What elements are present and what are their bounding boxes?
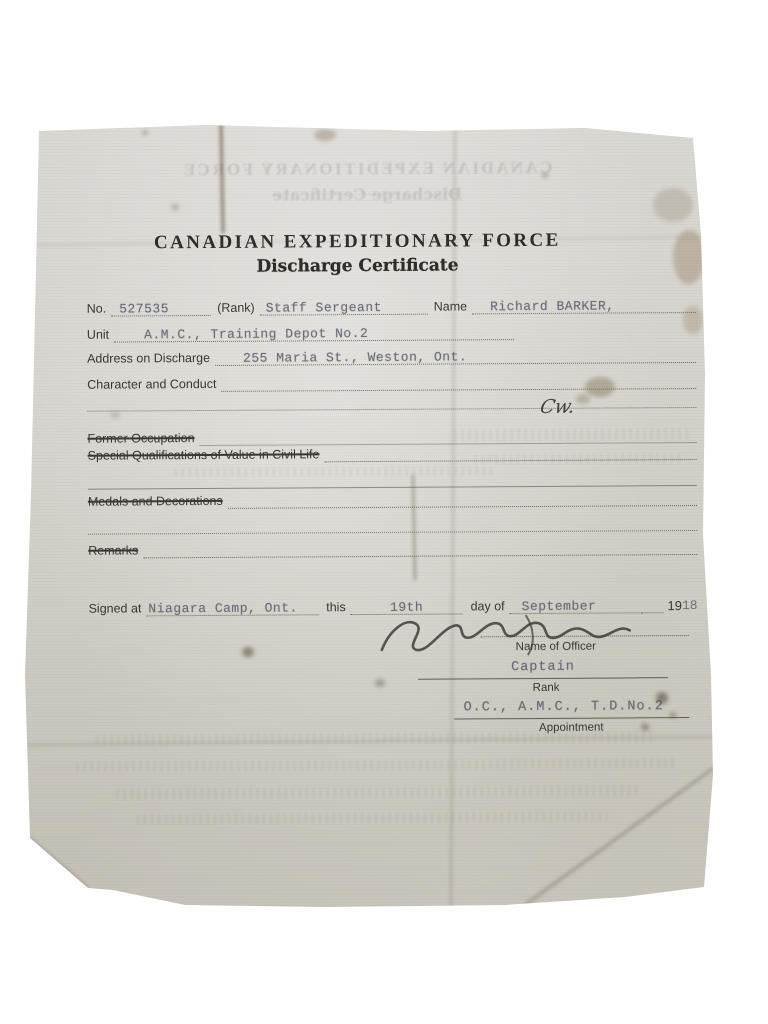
unit-field: A.M.C., Training Depot No.2 [114, 323, 514, 342]
officer-signature-line [481, 635, 689, 637]
rank-value: Staff Sergeant [260, 300, 382, 316]
signed-at-field: Niagara Camp, Ont. [146, 598, 318, 616]
address-label: Address on Discharge [87, 351, 215, 367]
dotted-line [88, 515, 697, 535]
name-label: Name [428, 299, 472, 314]
appointment-label: Appointment [481, 721, 661, 734]
address-field: 255 Maria St., Weston, Ont. [215, 346, 696, 366]
bleedthrough-title: CANADIAN EXPEDITIONARY FORCE [23, 157, 711, 181]
discharge-certificate-document: CANADIAN EXPEDITIONARY FORCE Discharge C… [25, 115, 713, 915]
former-occupation-label: Former Occupation [87, 431, 199, 447]
special-qualifications-field [324, 443, 696, 462]
character-label: Character and Conduct [87, 377, 221, 393]
day-value: 19th [390, 600, 423, 615]
day-of-label: day of [463, 599, 510, 614]
character-field [221, 372, 696, 392]
document-content: CANADIAN EXPEDITIONARY FORCE Discharge C… [23, 113, 716, 917]
year-printed: 19 [667, 598, 682, 613]
row-address: Address on Discharge 255 Maria St., West… [87, 345, 696, 367]
photo-backdrop: CANADIAN EXPEDITIONARY FORCE Discharge C… [0, 0, 768, 1024]
row-unit: Unit A.M.C., Training Depot No.2 [87, 321, 696, 343]
this-label: this [318, 600, 351, 615]
name-value: Richard BARKER, [472, 298, 615, 314]
medals-label: Medals and Decorations [88, 494, 228, 510]
row-remarks: Remarks [88, 540, 697, 559]
unit-value: A.M.C., Training Depot No.2 [114, 326, 368, 343]
bleedthrough-smear [117, 785, 637, 799]
remarks-label: Remarks [88, 543, 143, 558]
special-qualifications-label: Special Qualifications of Value in Civil… [88, 447, 325, 463]
month-value: September [510, 599, 597, 615]
signed-at-value: Niagara Camp, Ont. [146, 600, 298, 616]
year-field: 19 18 [663, 598, 697, 613]
page-title: CANADIAN EXPEDITIONARY FORCE [23, 229, 691, 255]
ruled-line [88, 471, 697, 490]
medals-field [228, 489, 697, 509]
rank-label: Rank [456, 681, 636, 694]
no-label: No. [87, 302, 112, 317]
appointment-value: O.C., A.M.C., T.D.No.2 [446, 699, 681, 715]
rank-field: Staff Sergeant [260, 298, 428, 316]
row-number-rank-name: No. 527535 (Rank) Staff Sergeant Name Ri… [87, 295, 696, 317]
bleedthrough-smear [137, 812, 607, 825]
bleedthrough-subtitle: Discharge Certificate [23, 183, 711, 206]
rank-line [418, 677, 668, 680]
character-value-handwritten: Exemplary [192, 93, 379, 129]
year-leader [641, 596, 663, 613]
no-field: 527535 [111, 299, 211, 317]
row-character-conduct: Character and Conduct [87, 371, 696, 393]
dotted-line [87, 393, 696, 412]
appointment-line [454, 717, 689, 719]
bleedthrough-text: CANADIAN EXPEDITIONARY FORCE Discharge C… [23, 157, 711, 206]
page-subtitle: Discharge Certificate [23, 254, 691, 278]
day-field: 19th [351, 597, 463, 615]
name-field: Richard BARKER, [472, 296, 696, 314]
row-medals: Medals and Decorations [88, 491, 697, 510]
signed-at-label: Signed at [89, 601, 147, 616]
unit-label: Unit [87, 328, 114, 343]
rank-label: (Rank) [211, 301, 260, 316]
officer-rank-value: Captain [418, 659, 668, 676]
remarks-field [143, 538, 697, 558]
year-typed: 18 [682, 598, 698, 613]
month-field: September [510, 596, 642, 614]
name-of-officer-label: Name of Officer [466, 640, 646, 653]
bleedthrough-smear [77, 758, 677, 772]
no-value: 527535 [111, 301, 169, 316]
unit-spacer [514, 339, 696, 340]
address-value: 255 Maria St., Weston, Ont. [215, 349, 467, 366]
row-signed-at: Signed at Niagara Camp, Ont. this 19th d… [89, 597, 698, 617]
